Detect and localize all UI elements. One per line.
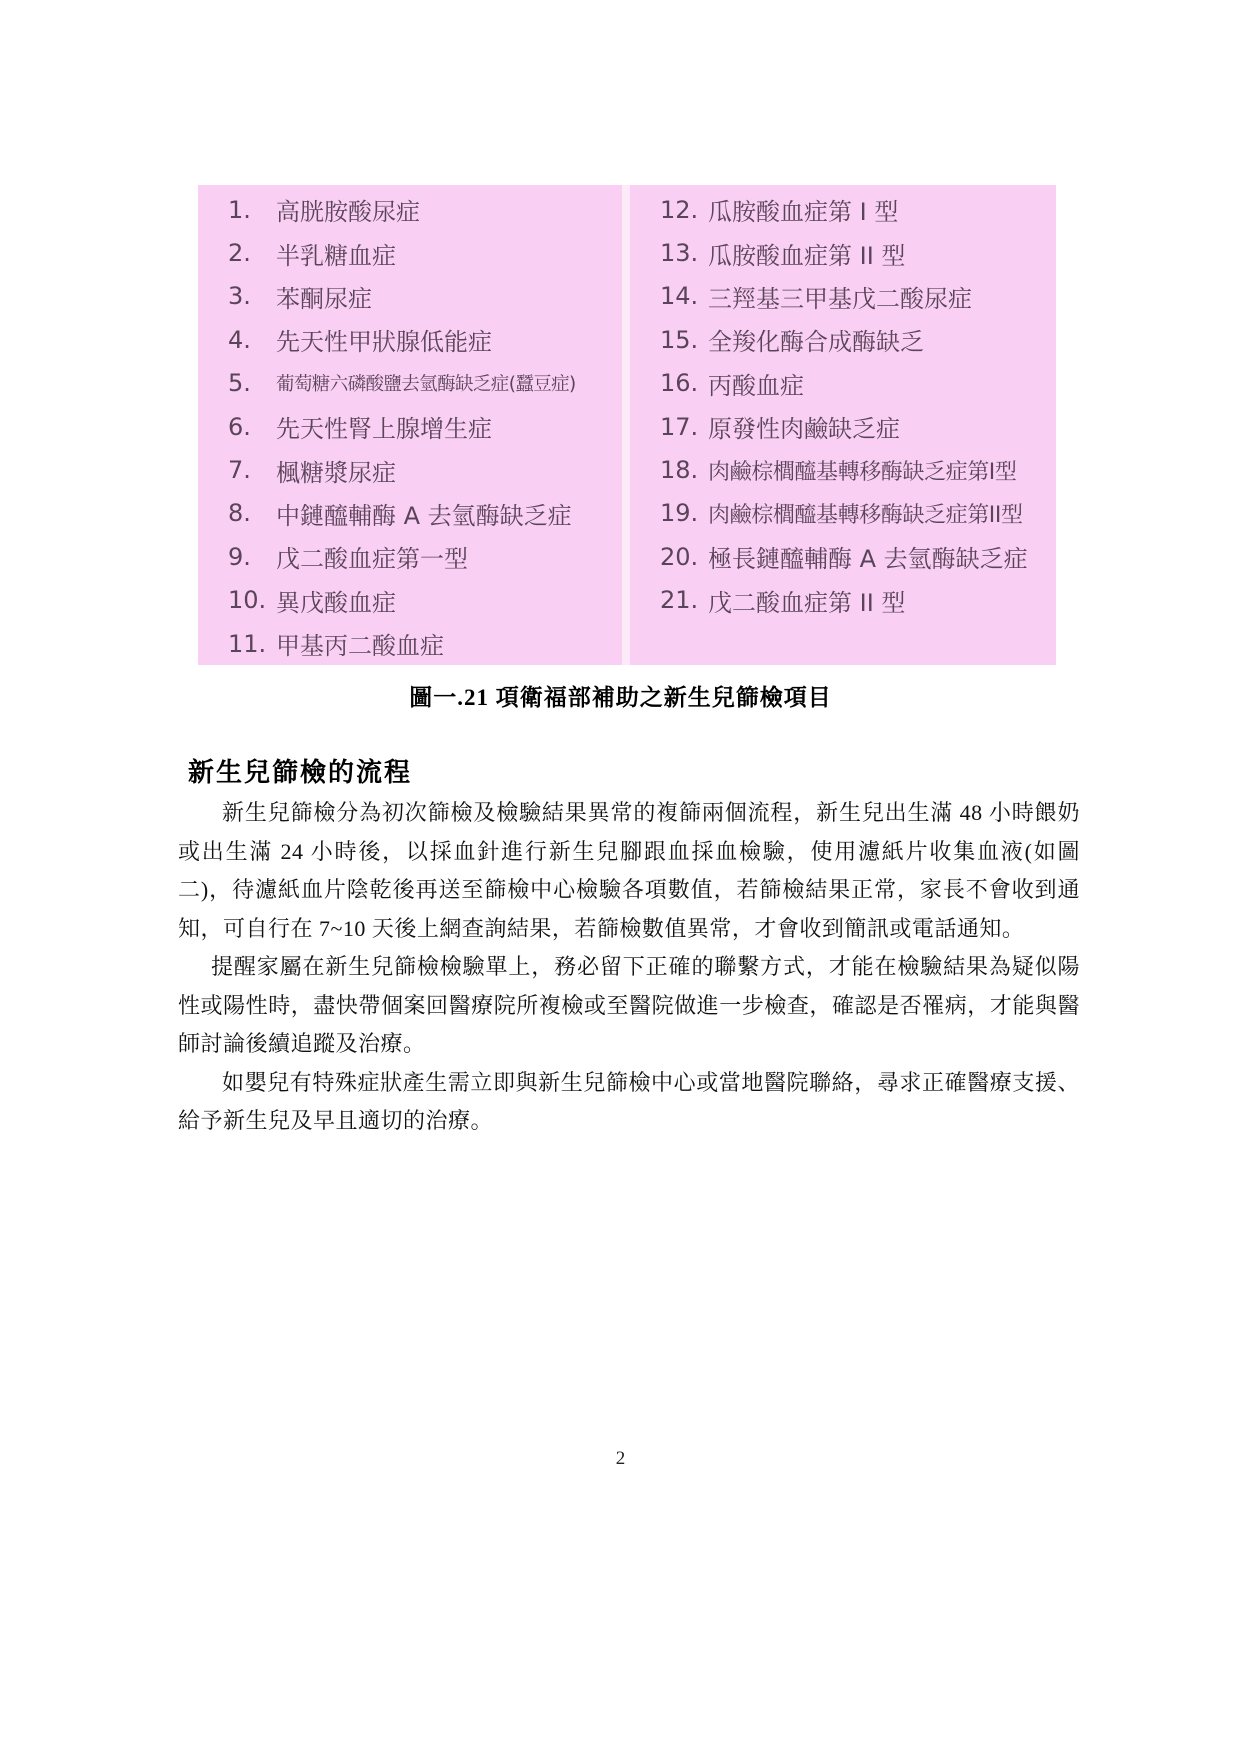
screening-item: 4.先天性甲狀腺低能症 — [228, 318, 622, 361]
item-label: 先天性甲狀腺低能症 — [276, 322, 492, 357]
screening-item: 17.原發性肉鹼缺乏症 — [660, 405, 1056, 448]
paragraph: 提醒家屬在新生兒篩檢檢驗單上，務必留下正確的聯繫方式，才能在檢驗結果為疑似陽性或… — [178, 948, 1080, 1064]
screening-item: 7.楓糖漿尿症 — [228, 448, 622, 491]
item-number: 19. — [660, 499, 708, 527]
item-number: 11. — [228, 630, 276, 658]
item-label: 瓜胺酸血症第 I 型 — [708, 192, 898, 227]
item-label: 原發性肉鹼缺乏症 — [708, 409, 900, 444]
item-number: 2. — [228, 239, 276, 267]
screening-item: 3.苯酮尿症 — [228, 275, 622, 318]
item-number: 17. — [660, 413, 708, 441]
screening-item: 9.戊二酸血症第一型 — [228, 535, 622, 578]
item-label: 肉鹼棕櫚醯基轉移酶缺乏症第II型 — [708, 498, 1023, 529]
figure-caption: 圖一.21 項衛福部補助之新生兒篩檢項目 — [0, 679, 1241, 712]
item-label: 全羧化酶合成酶缺乏 — [708, 322, 924, 357]
item-label: 三羥基三甲基戊二酸尿症 — [708, 279, 972, 314]
item-number: 9. — [228, 543, 276, 571]
item-label: 肉鹼棕櫚醯基轉移酶缺乏症第I型 — [708, 455, 1017, 486]
figure-left-column: 1.高胱胺酸尿症 2.半乳糖血症 3.苯酮尿症 4.先天性甲狀腺低能症 5.葡萄… — [198, 185, 622, 665]
item-label: 半乳糖血症 — [276, 236, 396, 271]
item-label: 極長鏈醯輔酶 A 去氫酶缺乏症 — [708, 539, 1028, 574]
item-number: 16. — [660, 369, 708, 397]
item-number: 20. — [660, 543, 708, 571]
item-label: 苯酮尿症 — [276, 279, 372, 314]
item-number: 6. — [228, 413, 276, 441]
screening-item: 15.全羧化酶合成酶缺乏 — [660, 318, 1056, 361]
item-number: 12. — [660, 196, 708, 224]
item-label: 戊二酸血症第一型 — [276, 539, 468, 574]
screening-item: 21.戊二酸血症第 II 型 — [660, 579, 1056, 622]
item-number: 15. — [660, 326, 708, 354]
screening-item: 19.肉鹼棕櫚醯基轉移酶缺乏症第II型 — [660, 492, 1056, 535]
item-label: 瓜胺酸血症第 II 型 — [708, 236, 905, 271]
screening-item: 1.高胱胺酸尿症 — [228, 188, 622, 231]
screening-item: 2.半乳糖血症 — [228, 231, 622, 274]
item-number: 5. — [228, 369, 276, 397]
item-number: 1. — [228, 196, 276, 224]
screening-item: 12.瓜胺酸血症第 I 型 — [660, 188, 1056, 231]
item-label: 葡萄糖六磷酸鹽去氫酶缺乏症(蠶豆症) — [276, 370, 576, 396]
item-number: 10. — [228, 586, 276, 614]
screening-item: 11.甲基丙二酸血症 — [228, 622, 622, 665]
paragraph: 新生兒篩檢分為初次篩檢及檢驗結果異常的複篩兩個流程，新生兒出生滿 48 小時餵奶… — [178, 794, 1080, 948]
figure-right-column: 12.瓜胺酸血症第 I 型 13.瓜胺酸血症第 II 型 14.三羥基三甲基戊二… — [630, 185, 1056, 665]
item-number: 4. — [228, 326, 276, 354]
item-number: 7. — [228, 456, 276, 484]
screening-item: 16.丙酸血症 — [660, 362, 1056, 405]
screening-item: 6.先天性腎上腺增生症 — [228, 405, 622, 448]
item-number: 14. — [660, 282, 708, 310]
screening-list-left: 1.高胱胺酸尿症 2.半乳糖血症 3.苯酮尿症 4.先天性甲狀腺低能症 5.葡萄… — [198, 185, 622, 665]
section-heading: 新生兒篩檢的流程 — [188, 752, 412, 789]
paragraph: 如嬰兒有特殊症狀產生需立即與新生兒篩檢中心或當地醫院聯絡，尋求正確醫療支援、給予… — [178, 1064, 1080, 1141]
screening-item: 20.極長鏈醯輔酶 A 去氫酶缺乏症 — [660, 535, 1056, 578]
item-label: 高胱胺酸尿症 — [276, 192, 420, 227]
item-label: 戊二酸血症第 II 型 — [708, 583, 905, 618]
item-label: 中鏈醯輔酶 A 去氫酶缺乏症 — [276, 496, 572, 531]
item-number: 8. — [228, 499, 276, 527]
screening-item: 14.三羥基三甲基戊二酸尿症 — [660, 275, 1056, 318]
screening-item: 8.中鏈醯輔酶 A 去氫酶缺乏症 — [228, 492, 622, 535]
item-label: 先天性腎上腺增生症 — [276, 409, 492, 444]
item-label: 異戊酸血症 — [276, 583, 396, 618]
item-number: 3. — [228, 282, 276, 310]
item-number: 13. — [660, 239, 708, 267]
column-divider — [622, 185, 630, 665]
item-label: 甲基丙二酸血症 — [276, 626, 444, 661]
screening-items-figure: 1.高胱胺酸尿症 2.半乳糖血症 3.苯酮尿症 4.先天性甲狀腺低能症 5.葡萄… — [198, 185, 1056, 665]
item-number: 21. — [660, 586, 708, 614]
screening-item: 13.瓜胺酸血症第 II 型 — [660, 231, 1056, 274]
screening-item: 5.葡萄糖六磷酸鹽去氫酶缺乏症(蠶豆症) — [228, 362, 622, 405]
item-label: 楓糖漿尿症 — [276, 453, 396, 488]
screening-list-right: 12.瓜胺酸血症第 I 型 13.瓜胺酸血症第 II 型 14.三羥基三甲基戊二… — [630, 185, 1056, 622]
item-number: 18. — [660, 456, 708, 484]
screening-item: 10.異戊酸血症 — [228, 579, 622, 622]
screening-item: 18.肉鹼棕櫚醯基轉移酶缺乏症第I型 — [660, 448, 1056, 491]
document-page: 1.高胱胺酸尿症 2.半乳糖血症 3.苯酮尿症 4.先天性甲狀腺低能症 5.葡萄… — [0, 0, 1241, 1755]
body-text: 新生兒篩檢分為初次篩檢及檢驗結果異常的複篩兩個流程，新生兒出生滿 48 小時餵奶… — [178, 794, 1080, 1141]
page-number: 2 — [0, 1448, 1241, 1470]
item-label: 丙酸血症 — [708, 366, 804, 401]
